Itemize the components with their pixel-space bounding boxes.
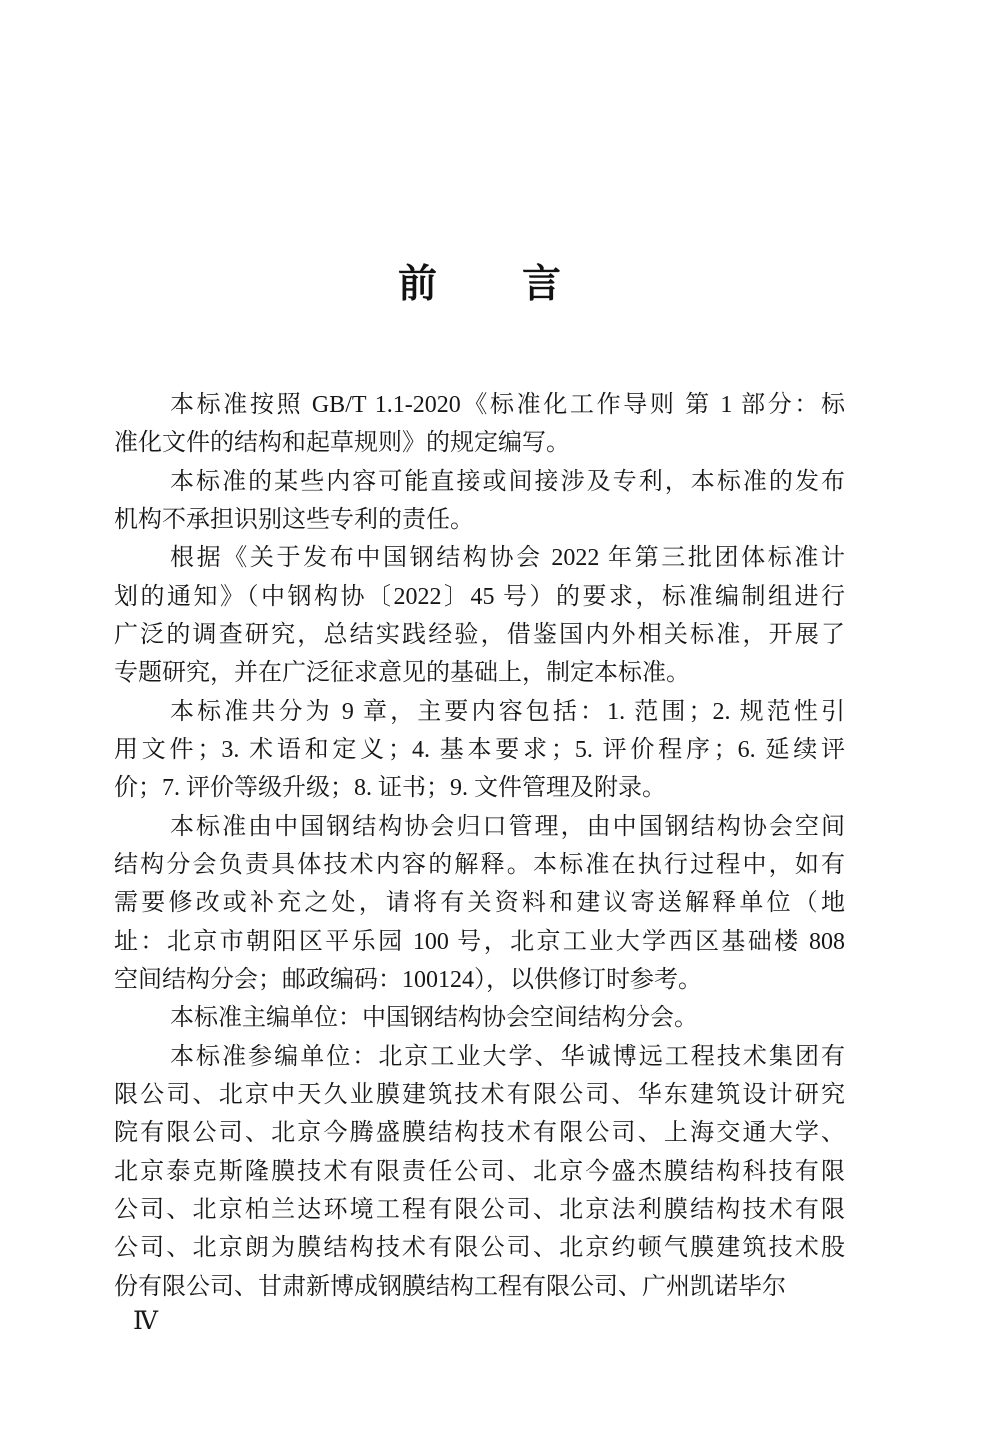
text-line: 本标准的某些内容可能直接或间接涉及专利，本标准的发布: [114, 463, 845, 501]
text-line: 院有限公司、北京今腾盛膜结构技术有限公司、上海交通大学、: [114, 1114, 845, 1152]
foreword-title-char: 前: [398, 261, 437, 308]
text-line: 本标准按照 GB/T 1.1-2020《标准化工作导则 第 1 部分：标: [114, 386, 845, 424]
text-line: 址：北京市朝阳区平乐园 100 号，北京工业大学西区基础楼 808: [114, 923, 845, 961]
text-line: 结构分会负责具体技术内容的解释。本标准在执行过程中，如有: [114, 846, 845, 884]
text-line: 机构不承担识别这些专利的责任。: [114, 501, 845, 539]
document-page: 前言 本标准按照 GB/T 1.1-2020《标准化工作导则 第 1 部分：标准…: [0, 0, 1000, 1431]
text-line: 需要修改或补充之处，请将有关资料和建议寄送解释单位（地: [114, 884, 845, 922]
text-line: 准化文件的结构和起草规则》的规定编写。: [114, 424, 845, 462]
foreword-body: 本标准按照 GB/T 1.1-2020《标准化工作导则 第 1 部分：标准化文件…: [114, 386, 845, 1306]
text-line: 北京泰克斯隆膜技术有限责任公司、北京今盛杰膜结构科技有限: [114, 1153, 845, 1191]
foreword-title: 前言: [114, 261, 845, 308]
paragraph: 本标准由中国钢结构协会归口管理，由中国钢结构协会空间结构分会负责具体技术内容的解…: [114, 808, 845, 1000]
text-line: 专题研究，并在广泛征求意见的基础上，制定本标准。: [114, 654, 845, 692]
text-line: 划的通知》（中钢构协〔2022〕45 号）的要求，标准编制组进行: [114, 578, 845, 616]
text-line: 本标准由中国钢结构协会归口管理，由中国钢结构协会空间: [114, 808, 845, 846]
paragraph: 本标准按照 GB/T 1.1-2020《标准化工作导则 第 1 部分：标准化文件…: [114, 386, 845, 463]
text-line: 本标准主编单位：中国钢结构协会空间结构分会。: [114, 999, 845, 1037]
text-line: 空间结构分会；邮政编码：100124），以供修订时参考。: [114, 961, 845, 999]
text-line: 份有限公司、甘肃新博成钢膜结构工程有限公司、广州凯诺毕尔: [114, 1268, 845, 1306]
text-line: 公司、北京朗为膜结构技术有限公司、北京约顿气膜建筑技术股: [114, 1229, 845, 1267]
paragraph: 本标准主编单位：中国钢结构协会空间结构分会。: [114, 999, 845, 1037]
text-line: 限公司、北京中天久业膜建筑技术有限公司、华东建筑设计研究: [114, 1076, 845, 1114]
text-line: 价；7. 评价等级升级；8. 证书；9. 文件管理及附录。: [114, 769, 845, 807]
paragraph: 本标准共分为 9 章，主要内容包括：1. 范围；2. 规范性引用文件；3. 术语…: [114, 693, 845, 808]
text-line: 根据《关于发布中国钢结构协会 2022 年第三批团体标准计: [114, 539, 845, 577]
text-line: 本标准参编单位：北京工业大学、华诚博远工程技术集团有: [114, 1038, 845, 1076]
paragraph: 根据《关于发布中国钢结构协会 2022 年第三批团体标准计划的通知》（中钢构协〔…: [114, 539, 845, 692]
page-number: Ⅳ: [133, 1303, 158, 1339]
text-line: 用文件；3. 术语和定义；4. 基本要求；5. 评价程序；6. 延续评: [114, 731, 845, 769]
paragraph: 本标准参编单位：北京工业大学、华诚博远工程技术集团有限公司、北京中天久业膜建筑技…: [114, 1038, 845, 1306]
text-line: 广泛的调查研究，总结实践经验，借鉴国内外相关标准，开展了: [114, 616, 845, 654]
foreword-title-char: 言: [522, 261, 561, 308]
text-line: 公司、北京柏兰达环境工程有限公司、北京法利膜结构技术有限: [114, 1191, 845, 1229]
text-line: 本标准共分为 9 章，主要内容包括：1. 范围；2. 规范性引: [114, 693, 845, 731]
paragraph: 本标准的某些内容可能直接或间接涉及专利，本标准的发布机构不承担识别这些专利的责任…: [114, 463, 845, 540]
